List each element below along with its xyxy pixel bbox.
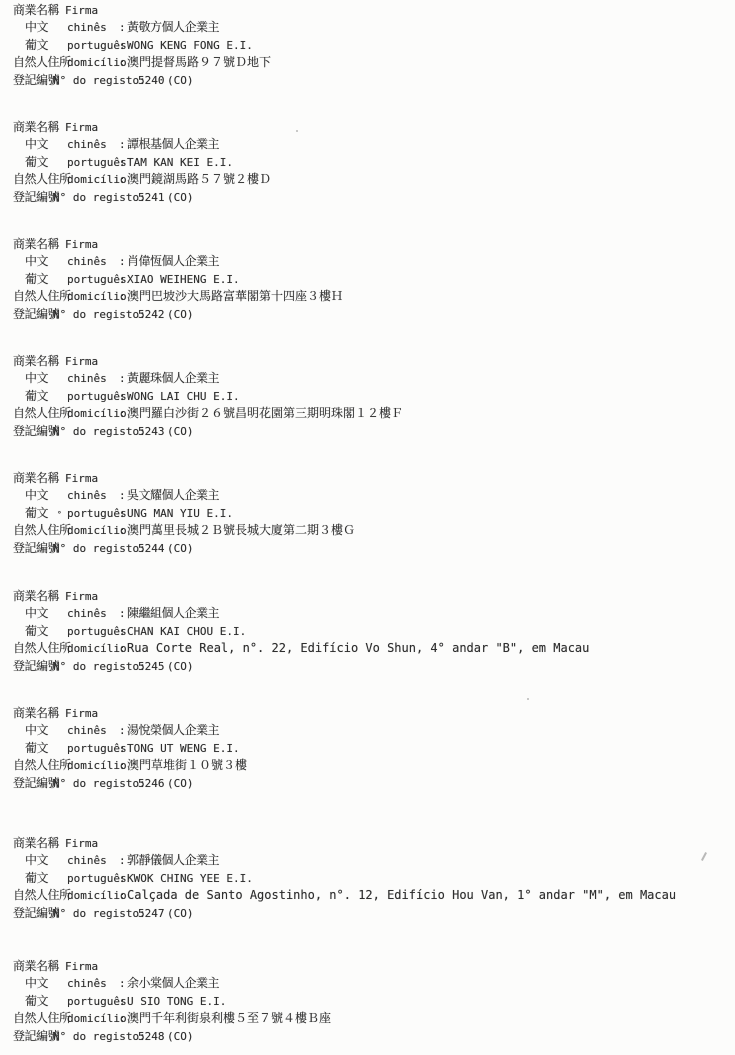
chinese-label-pt: chinês — [67, 136, 107, 153]
registry-suffix: (CO) — [167, 72, 194, 89]
registry-suffix: (CO) — [167, 306, 194, 323]
firm-name-header-row: 商業名稱 Firma — [0, 236, 735, 254]
colon-separator: : — [119, 370, 126, 387]
registry-label-pt: N° do registo: — [53, 658, 146, 675]
registry-label-pt: N° do registo: — [53, 72, 146, 89]
colon-separator: : — [119, 605, 126, 622]
registry-suffix: (CO) — [167, 905, 194, 922]
chinese-name-row: 中文 chinês : 郭靜儀個人企業主 — [0, 852, 735, 870]
document-page: 商業名稱 Firma 中文 chinês : 黃敬方個人企業主 葡文 portu… — [0, 0, 735, 1055]
registry-label-pt: N° do registo: — [53, 306, 146, 323]
firm-label-pt: Firma — [65, 236, 98, 253]
address-label-pt: domicílio — [67, 887, 127, 904]
chinese-label-pt: chinês — [67, 253, 107, 270]
firm-label-zh: 商業名稱 — [13, 470, 59, 487]
chinese-label-pt: chinês — [67, 370, 107, 387]
registry-number-row: 登記編號 N° do registo: 5241 (CO) — [0, 189, 735, 207]
firm-label-pt: Firma — [65, 835, 98, 852]
registry-number-row: 登記編號 N° do registo: 5244 (CO) — [0, 540, 735, 558]
colon-separator: : — [119, 623, 126, 640]
registry-number-row: 登記編號 N° do registo: 5246 (CO) — [0, 775, 735, 793]
address-label-pt: domicílio — [67, 54, 127, 71]
chinese-label-pt: chinês — [67, 852, 107, 869]
registry-suffix: (CO) — [167, 189, 194, 206]
firm-label-pt: Firma — [65, 119, 98, 136]
colon-separator: : — [119, 171, 126, 188]
portuguese-label-pt: português — [67, 154, 127, 171]
chinese-name-row: 中文 chinês : 湯悅榮個人企業主 — [0, 722, 735, 740]
portuguese-name-value: XIAO WEIHENG E.I. — [127, 271, 240, 288]
colon-separator: : — [119, 288, 126, 305]
address-label-zh: 自然人住所 — [13, 1010, 71, 1027]
colon-separator: : — [119, 852, 126, 869]
address-label-pt: domicílio — [67, 288, 127, 305]
firm-name-header-row: 商業名稱 Firma — [0, 958, 735, 976]
firm-label-zh: 商業名稱 — [13, 705, 59, 722]
registry-entry: 商業名稱 Firma 中文 chinês : 湯悅榮個人企業主 葡文 portu… — [0, 705, 735, 795]
colon-separator: : — [119, 487, 126, 504]
registry-entry: 商業名稱 Firma 中文 chinês : 余小棠個人企業主 葡文 portu… — [0, 958, 735, 1048]
portuguese-name-row: 葡文 português : WONG LAI CHU E.I. — [0, 388, 735, 406]
scan-artifact — [527, 698, 529, 700]
firm-label-pt: Firma — [65, 470, 98, 487]
registry-number-row: 登記編號 N° do registo: 5242 (CO) — [0, 306, 735, 324]
colon-separator: : — [119, 271, 126, 288]
firm-label-zh: 商業名稱 — [13, 119, 59, 136]
colon-separator: : — [119, 740, 126, 757]
colon-separator: : — [119, 993, 126, 1010]
registry-number-value: 5242 — [138, 306, 165, 323]
portuguese-name-row: 葡文 português : KWOK CHING YEE E.I. — [0, 870, 735, 888]
chinese-name-value: 黃敬方個人企業主 — [127, 19, 219, 36]
chinese-label-zh: 中文 — [25, 19, 48, 36]
portuguese-name-row: 葡文 português : XIAO WEIHENG E.I. — [0, 271, 735, 289]
chinese-name-row: 中文 chinês : 黃麗珠個人企業主 — [0, 370, 735, 388]
registry-number-value: 5241 — [138, 189, 165, 206]
address-value: 澳門巴坡沙大馬路富華閣第十四座３樓Ｈ — [127, 288, 343, 305]
address-row: 自然人住所 domicílio : 澳門巴坡沙大馬路富華閣第十四座３樓Ｈ — [0, 288, 735, 306]
colon-separator: : — [119, 870, 126, 887]
address-label-pt: domicílio — [67, 757, 127, 774]
firm-name-header-row: 商業名稱 Firma — [0, 470, 735, 488]
firm-label-pt: Firma — [65, 705, 98, 722]
firm-label-zh: 商業名稱 — [13, 588, 59, 605]
chinese-name-value: 湯悅榮個人企業主 — [127, 722, 219, 739]
colon-separator: : — [119, 887, 126, 904]
portuguese-label-pt: português — [67, 37, 127, 54]
chinese-name-value: 余小棠個人企業主 — [127, 975, 219, 992]
portuguese-label-pt: português — [67, 740, 127, 757]
registry-label-pt: N° do registo: — [53, 189, 146, 206]
registry-entry: 商業名稱 Firma 中文 chinês : 肖偉恆個人企業主 葡文 portu… — [0, 236, 735, 326]
address-row: 自然人住所 domicílio : 澳門草堆街１０號３樓 — [0, 757, 735, 775]
portuguese-label-pt: português — [67, 271, 127, 288]
firm-name-header-row: 商業名稱 Firma — [0, 705, 735, 723]
registry-number-value: 5244 — [138, 540, 165, 557]
registry-entry: 商業名稱 Firma 中文 chinês : 譚根基個人企業主 葡文 portu… — [0, 119, 735, 209]
colon-separator: : — [119, 522, 126, 539]
address-row: 自然人住所 domicílio : 澳門提督馬路９７號Ｄ地下 — [0, 54, 735, 72]
registry-number-value: 5248 — [138, 1028, 165, 1045]
chinese-label-zh: 中文 — [25, 852, 48, 869]
chinese-label-zh: 中文 — [25, 136, 48, 153]
portuguese-name-value: WONG KENG FONG E.I. — [127, 37, 253, 54]
address-label-zh: 自然人住所 — [13, 288, 71, 305]
portuguese-label-zh: 葡文 — [25, 505, 48, 522]
address-label-pt: domicílio — [67, 405, 127, 422]
portuguese-label-zh: 葡文 — [25, 271, 48, 288]
colon-separator: : — [119, 1010, 126, 1027]
colon-separator: : — [119, 37, 126, 54]
colon-separator: : — [119, 54, 126, 71]
chinese-name-row: 中文 chinês : 肖偉恆個人企業主 — [0, 253, 735, 271]
address-label-zh: 自然人住所 — [13, 54, 71, 71]
chinese-label-pt: chinês — [67, 605, 107, 622]
portuguese-name-value: CHAN KAI CHOU E.I. — [127, 623, 246, 640]
registry-number-value: 5240 — [138, 72, 165, 89]
colon-separator: : — [119, 405, 126, 422]
portuguese-label-zh: 葡文 — [25, 154, 48, 171]
chinese-label-zh: 中文 — [25, 253, 48, 270]
portuguese-name-value: KWOK CHING YEE E.I. — [127, 870, 253, 887]
chinese-label-pt: chinês — [67, 19, 107, 36]
registry-number-value: 5245 — [138, 658, 165, 675]
address-row: 自然人住所 domicílio : 澳門羅白沙街２６號昌明花園第三期明珠閣１２樓… — [0, 405, 735, 423]
firm-label-zh: 商業名稱 — [13, 236, 59, 253]
address-value: 澳門鏡湖馬路５７號２樓Ｄ — [127, 171, 271, 188]
colon-separator: : — [119, 722, 126, 739]
portuguese-name-value: TONG UT WENG E.I. — [127, 740, 240, 757]
chinese-label-zh: 中文 — [25, 605, 48, 622]
chinese-label-zh: 中文 — [25, 370, 48, 387]
chinese-label-pt: chinês — [67, 722, 107, 739]
address-label-pt: domicílio — [67, 640, 127, 657]
portuguese-label-zh: 葡文 — [25, 623, 48, 640]
portuguese-name-row: 葡文 português : CHAN KAI CHOU E.I. — [0, 623, 735, 641]
colon-separator: : — [119, 640, 126, 657]
firm-label-pt: Firma — [65, 353, 98, 370]
address-row: 自然人住所 domicílio : Rua Corte Real, n°. 22… — [0, 640, 735, 658]
address-label-zh: 自然人住所 — [13, 640, 71, 657]
chinese-name-value: 譚根基個人企業主 — [127, 136, 219, 153]
firm-label-zh: 商業名稱 — [13, 353, 59, 370]
colon-separator: : — [119, 975, 126, 992]
chinese-name-row: 中文 chinês : 吳文耀個人企業主 — [0, 487, 735, 505]
address-label-pt: domicílio — [67, 171, 127, 188]
portuguese-name-row: 葡文 português : TAM KAN KEI E.I. — [0, 154, 735, 172]
registry-suffix: (CO) — [167, 775, 194, 792]
registry-entry: 商業名稱 Firma 中文 chinês : 陳繼組個人企業主 葡文 portu… — [0, 588, 735, 678]
colon-separator: : — [119, 388, 126, 405]
colon-separator: : — [119, 757, 126, 774]
chinese-label-zh: 中文 — [25, 487, 48, 504]
firm-name-header-row: 商業名稱 Firma — [0, 835, 735, 853]
address-row: 自然人住所 domicílio : Calçada de Santo Agost… — [0, 887, 735, 905]
chinese-label-zh: 中文 — [25, 722, 48, 739]
registry-number-row: 登記編號 N° do registo: 5248 (CO) — [0, 1028, 735, 1046]
chinese-name-row: 中文 chinês : 譚根基個人企業主 — [0, 136, 735, 154]
firm-label-pt: Firma — [65, 588, 98, 605]
firm-label-zh: 商業名稱 — [13, 958, 59, 975]
portuguese-name-row: 葡文 ° português : UNG MAN YIU E.I. — [0, 505, 735, 523]
portuguese-name-value: UNG MAN YIU E.I. — [127, 505, 233, 522]
firm-name-header-row: 商業名稱 Firma — [0, 588, 735, 606]
portuguese-label-pt: português — [67, 623, 127, 640]
address-value: 澳門千年利街泉利樓５至７號４樓Ｂ座 — [127, 1010, 331, 1027]
chinese-name-row: 中文 chinês : 黃敬方個人企業主 — [0, 19, 735, 37]
address-label-zh: 自然人住所 — [13, 757, 71, 774]
portuguese-label-zh: 葡文 — [25, 37, 48, 54]
address-value: 澳門萬里長城２Ｂ號長城大廈第二期３樓Ｇ — [127, 522, 355, 539]
portuguese-label-pt: português — [67, 388, 127, 405]
registry-entry: 商業名稱 Firma 中文 chinês : 黃敬方個人企業主 葡文 portu… — [0, 2, 735, 92]
firm-name-header-row: 商業名稱 Firma — [0, 119, 735, 137]
portuguese-label-zh: 葡文 — [25, 388, 48, 405]
registry-entry: 商業名稱 Firma 中文 chinês : 吳文耀個人企業主 葡文 ° por… — [0, 470, 735, 560]
portuguese-label-pt: português — [67, 870, 127, 887]
chinese-name-value: 郭靜儀個人企業主 — [127, 852, 219, 869]
address-row: 自然人住所 domicílio : 澳門鏡湖馬路５７號２樓Ｄ — [0, 171, 735, 189]
chinese-name-value: 陳繼組個人企業主 — [127, 605, 219, 622]
address-label-zh: 自然人住所 — [13, 887, 71, 904]
chinese-name-value: 肖偉恆個人企業主 — [127, 253, 219, 270]
colon-separator: : — [119, 154, 126, 171]
colon-separator: : — [119, 136, 126, 153]
portuguese-label-pt: português — [67, 505, 127, 522]
registry-entry: 商業名稱 Firma 中文 chinês : 郭靜儀個人企業主 葡文 portu… — [0, 835, 735, 925]
firm-name-header-row: 商業名稱 Firma — [0, 2, 735, 20]
registry-suffix: (CO) — [167, 1028, 194, 1045]
registry-suffix: (CO) — [167, 540, 194, 557]
address-label-pt: domicílio — [67, 1010, 127, 1027]
address-label-pt: domicílio — [67, 522, 127, 539]
colon-separator: : — [119, 19, 126, 36]
registry-number-value: 5247 — [138, 905, 165, 922]
registry-label-pt: N° do registo: — [53, 905, 146, 922]
chinese-label-pt: chinês — [67, 487, 107, 504]
address-label-zh: 自然人住所 — [13, 171, 71, 188]
registry-number-row: 登記編號 N° do registo: 5247 (CO) — [0, 905, 735, 923]
firm-label-zh: 商業名稱 — [13, 2, 59, 19]
portuguese-label-zh: 葡文 — [25, 740, 48, 757]
portuguese-label-pt: português — [67, 993, 127, 1010]
portuguese-name-value: U SIO TONG E.I. — [127, 993, 226, 1010]
portuguese-name-row: 葡文 português : U SIO TONG E.I. — [0, 993, 735, 1011]
registry-suffix: (CO) — [167, 658, 194, 675]
portuguese-label-zh: 葡文 — [25, 993, 48, 1010]
chinese-name-row: 中文 chinês : 余小棠個人企業主 — [0, 975, 735, 993]
chinese-label-pt: chinês — [67, 975, 107, 992]
portuguese-name-value: WONG LAI CHU E.I. — [127, 388, 240, 405]
registry-entry: 商業名稱 Firma 中文 chinês : 黃麗珠個人企業主 葡文 portu… — [0, 353, 735, 443]
chinese-name-value: 吳文耀個人企業主 — [127, 487, 219, 504]
chinese-name-value: 黃麗珠個人企業主 — [127, 370, 219, 387]
address-value: Rua Corte Real, n°. 22, Edifício Vo Shun… — [127, 640, 589, 657]
registry-suffix: (CO) — [167, 423, 194, 440]
portuguese-name-value: TAM KAN KEI E.I. — [127, 154, 233, 171]
registry-label-pt: N° do registo: — [53, 775, 146, 792]
registry-label-pt: N° do registo: — [53, 423, 146, 440]
portuguese-name-row: 葡文 português : TONG UT WENG E.I. — [0, 740, 735, 758]
registry-number-row: 登記編號 N° do registo: 5245 (CO) — [0, 658, 735, 676]
firm-label-pt: Firma — [65, 958, 98, 975]
address-value: Calçada de Santo Agostinho, n°. 12, Edif… — [127, 887, 676, 904]
registry-number-value: 5243 — [138, 423, 165, 440]
registry-number-row: 登記編號 N° do registo: 5243 (CO) — [0, 423, 735, 441]
colon-separator: : — [119, 253, 126, 270]
address-value: 澳門草堆街１０號３樓 — [127, 757, 247, 774]
registry-number-row: 登記編號 N° do registo: 5240 (CO) — [0, 72, 735, 90]
firm-label-zh: 商業名稱 — [13, 835, 59, 852]
firm-name-header-row: 商業名稱 Firma — [0, 353, 735, 371]
firm-label-pt: Firma — [65, 2, 98, 19]
portuguese-name-row: 葡文 português : WONG KENG FONG E.I. — [0, 37, 735, 55]
chinese-label-zh: 中文 — [25, 975, 48, 992]
address-label-zh: 自然人住所 — [13, 405, 71, 422]
registry-number-value: 5246 — [138, 775, 165, 792]
portuguese-label-zh: 葡文 — [25, 870, 48, 887]
address-row: 自然人住所 domicílio : 澳門萬里長城２Ｂ號長城大廈第二期３樓Ｇ — [0, 522, 735, 540]
address-row: 自然人住所 domicílio : 澳門千年利街泉利樓５至７號４樓Ｂ座 — [0, 1010, 735, 1028]
address-label-zh: 自然人住所 — [13, 522, 71, 539]
scan-speck: ° — [57, 506, 62, 523]
address-value: 澳門提督馬路９７號Ｄ地下 — [127, 54, 271, 71]
registry-label-pt: N° do registo: — [53, 540, 146, 557]
registry-label-pt: N° do registo: — [53, 1028, 146, 1045]
address-value: 澳門羅白沙街２６號昌明花園第三期明珠閣１２樓Ｆ — [127, 405, 403, 422]
colon-separator: : — [119, 505, 126, 522]
chinese-name-row: 中文 chinês : 陳繼組個人企業主 — [0, 605, 735, 623]
